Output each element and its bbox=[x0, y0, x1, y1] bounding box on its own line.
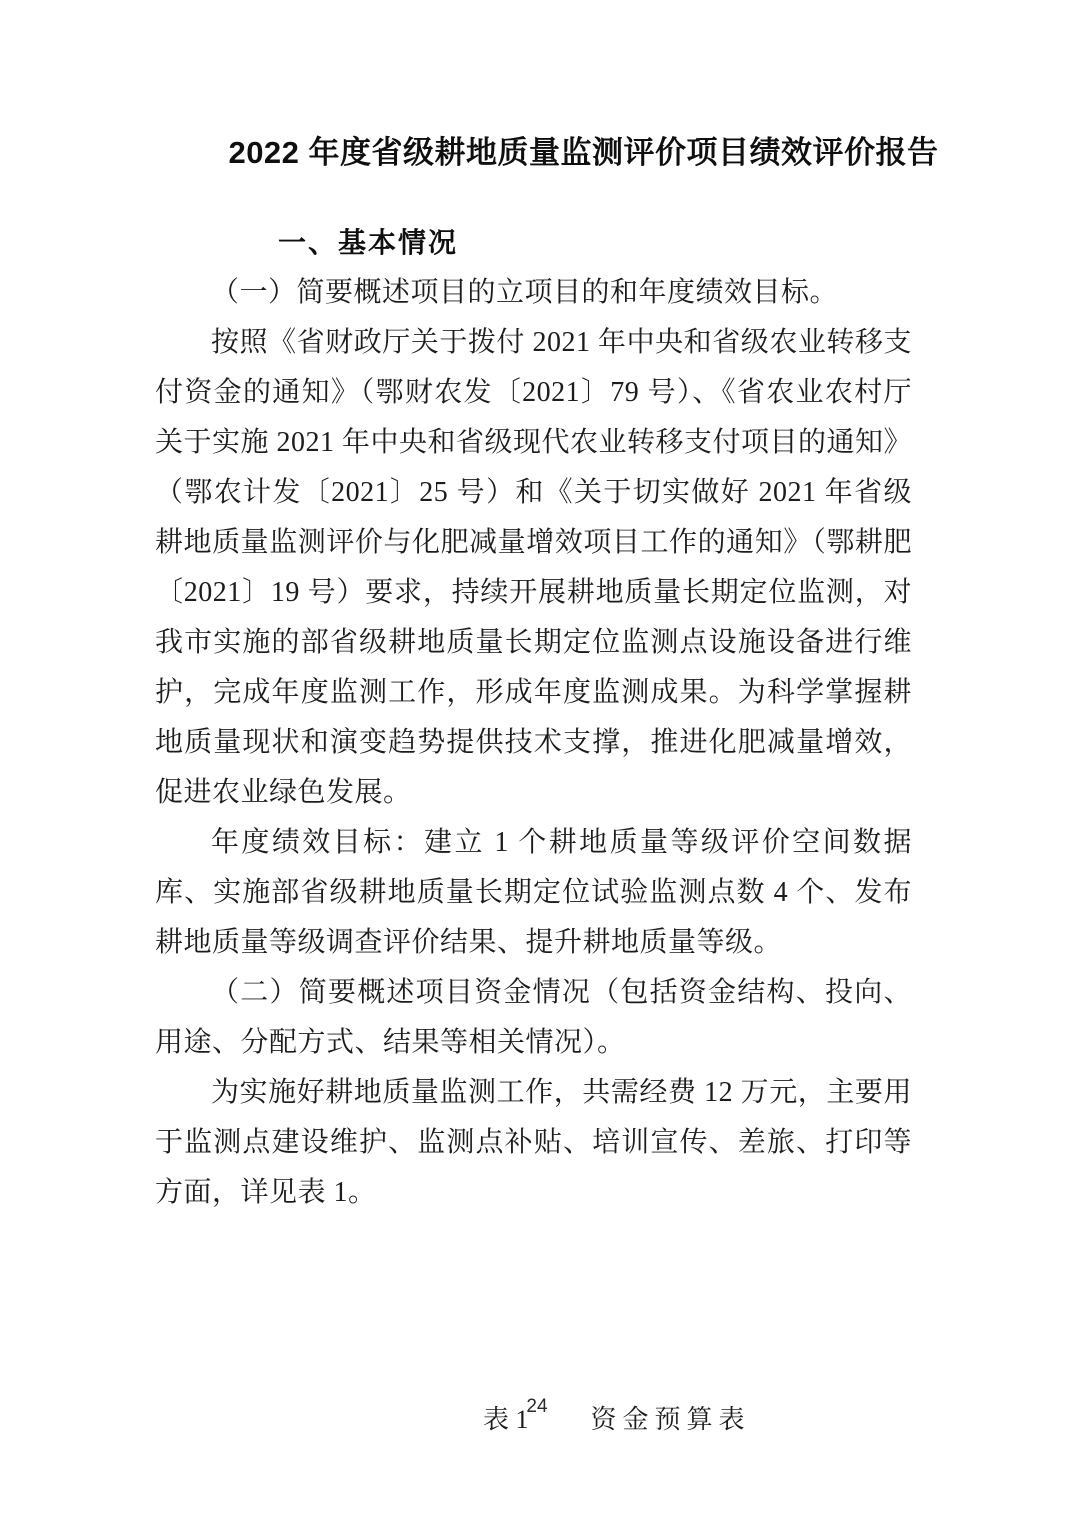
paragraph-project-purpose-lead: （一）简要概述项目的立项目的和年度绩效目标。 bbox=[155, 268, 912, 318]
document-title: 2022 年度省级耕地质量监测评价项目绩效评价报告 bbox=[205, 130, 962, 176]
document-body: （一）简要概述项目的立项目的和年度绩效目标。 按照《省财政厅关于拨付 2021 … bbox=[155, 268, 912, 1218]
paragraph-policy-basis: 按照《省财政厅关于拨付 2021 年中央和省级农业转移支付资金的通知》（鄂财农发… bbox=[155, 318, 912, 818]
report-page: 2022 年度省级耕地质量监测评价项目绩效评价报告 一、基本情况 （一）简要概述… bbox=[0, 0, 1074, 1520]
section-heading-basic-info: 一、基本情况 bbox=[278, 218, 912, 268]
page-number: 24 bbox=[526, 1396, 547, 1417]
paragraph-annual-performance-goals: 年度绩效目标：建立 1 个耕地质量等级评价空间数据库、实施部省级耕地质量长期定位… bbox=[155, 818, 912, 968]
page-footer: 24 bbox=[0, 1396, 1074, 1418]
paragraph-fund-usage: 为实施好耕地质量监测工作，共需经费 12 万元，主要用于监测点建设维护、监测点补… bbox=[155, 1068, 912, 1218]
paragraph-fund-overview-lead: （二）简要概述项目资金情况（包括资金结构、投向、用途、分配方式、结果等相关情况）… bbox=[155, 968, 912, 1068]
